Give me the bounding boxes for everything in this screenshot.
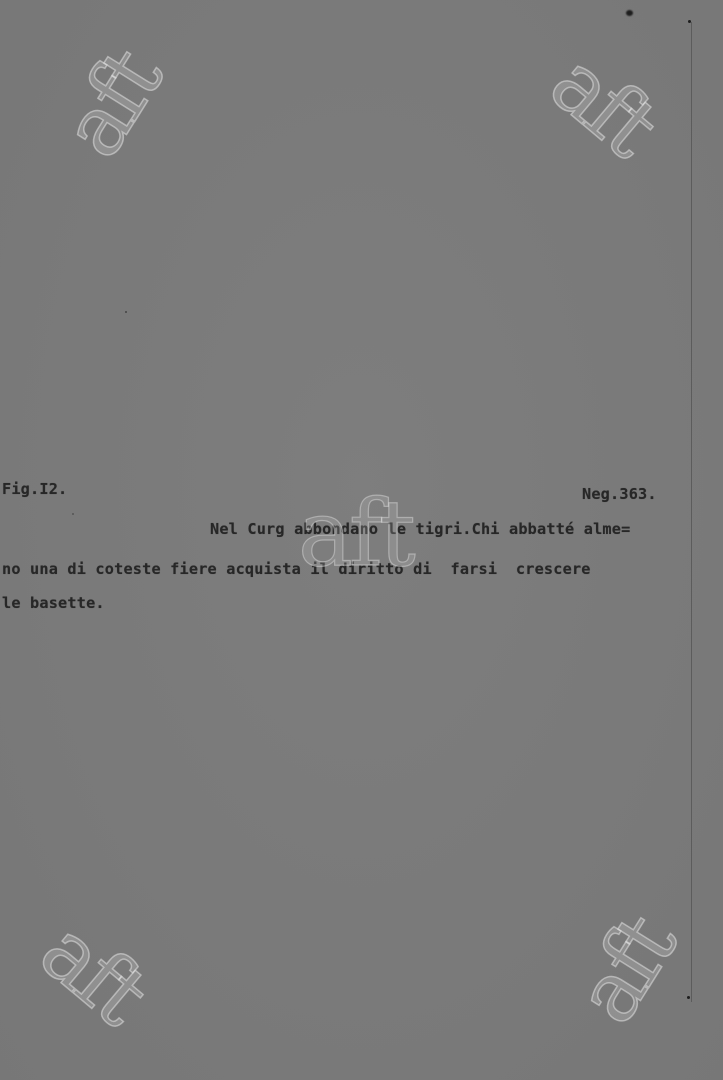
watermark-bottom-left: aft — [27, 907, 160, 1038]
dust-speck — [688, 20, 691, 23]
caption-line-3: le basette. — [2, 594, 105, 612]
dust-speck — [626, 10, 633, 16]
dust-speck — [125, 311, 127, 313]
figure-label: Fig.I2. — [2, 480, 67, 498]
page-edge-line — [691, 22, 692, 1002]
watermark-bottom-right: aft — [563, 904, 689, 1036]
scanned-document-page: aft aft aft aft Fig.I2. Neg.363. Nel Cur… — [0, 0, 723, 1080]
caption-line-2: no una di coteste fiere acquista il diri… — [2, 560, 591, 578]
watermark-top-left: aft — [49, 38, 175, 170]
dust-speck — [72, 513, 74, 515]
dust-speck — [687, 996, 690, 999]
watermark-center: aft — [298, 488, 412, 580]
watermark-top-right: aft — [537, 39, 670, 170]
caption-line-1: Nel Curg abbondano le tigri.Chi abbatté … — [210, 520, 630, 538]
negative-number-label: Neg.363. — [582, 485, 657, 503]
